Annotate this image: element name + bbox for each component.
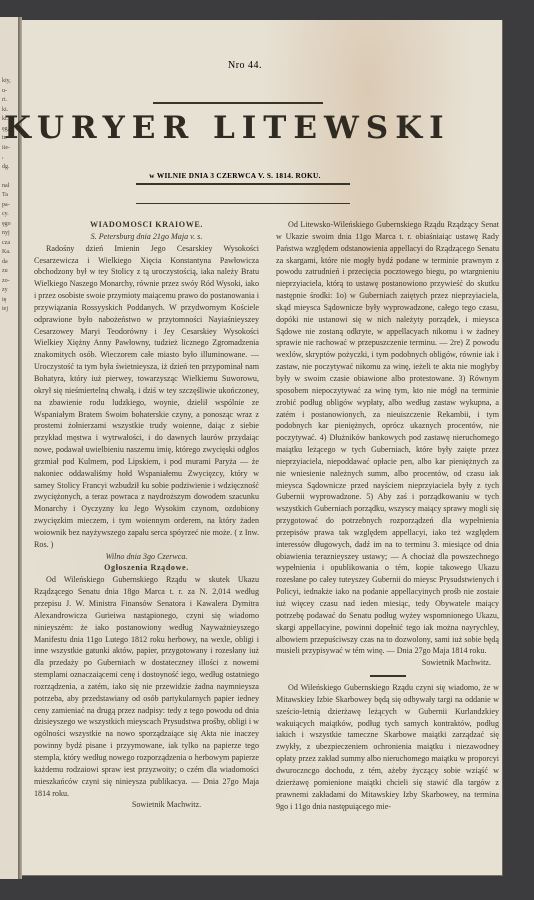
previous-page-text-fragment: Ka. [2,248,11,257]
previous-page-text-fragment: zo- [2,277,10,286]
previous-page-text-fragment: pa- [2,201,10,210]
previous-page-text-fragment: dg. [2,163,10,172]
previous-page-edge: kiy,u-ri.ki.ki.ęg,tn-iie-,dg.nalTapa-cy.… [0,17,19,879]
dateline-top-rule [136,183,350,185]
previous-page-text-fragment: da [2,258,8,267]
masthead-top-rule [153,102,323,104]
previous-page-text-fragment: zu [2,267,8,276]
previous-page-text-fragment: u- [2,87,7,96]
previous-page-text-fragment: Ta [2,191,8,200]
notice-signature: Sowietnik Machwitz. [34,799,259,811]
previous-page-text-fragment: ię [2,296,6,305]
notice-body-stamp-paper: Od Wileńskiego Gubernskiego Rządu w skut… [34,574,259,799]
issue-number: Nro 44. [0,60,512,71]
notice-signature: Sowietnik Machwitz. [276,657,499,669]
previous-page-text-fragment: ri. [2,96,7,105]
previous-page-text-fragment: zy [2,286,8,295]
previous-page-text-fragment: kiy, [2,77,11,86]
newspaper-title: KURYER LITEWSKI [4,110,504,146]
right-column: Od Litewsko-Wileńskiego Gubernskiego Rzą… [276,219,499,812]
previous-page-text-fragment: , [2,153,4,162]
section-dateline-petersburg: S. Petersburg dnia 21go Maja v. s. [34,231,259,243]
dateline: w WILNIE DNIA 3 CZERWCA V. S. 1814. ROKU… [110,171,360,180]
left-column: WIADOMOSCI KRAIOWE. S. Petersburg dnia 2… [34,219,259,811]
previous-page-text-fragment: cy. [2,210,9,219]
notice-body-appeals: Od Litewsko-Wileńskiego Gubernskiego Rzą… [276,219,499,657]
previous-page-text-fragment: nal [2,182,9,191]
dateline-bottom-rule [136,203,350,204]
previous-page-text-fragment: cza [2,239,10,248]
previous-page-text-fragment: tej [2,305,8,314]
notice-separator [370,675,406,677]
section-heading-domestic-news: WIADOMOSCI KRAIOWE. [34,219,259,231]
previous-page-text-fragment: nyj [2,229,10,238]
article-body-petersburg: Radośny dzień Imienin Jego Cesarskiey Wy… [34,243,259,551]
section-heading-government-notices: Ogłoszenia Rządowe. [34,562,259,574]
previous-page-text-fragment: ęgo [2,220,11,229]
section-dateline-wilno: Wilno dnia 3go Czerwca. [34,551,259,563]
notice-body-leases: Od Wileńskiego Gubernskiego Rządu czyni … [276,682,499,812]
